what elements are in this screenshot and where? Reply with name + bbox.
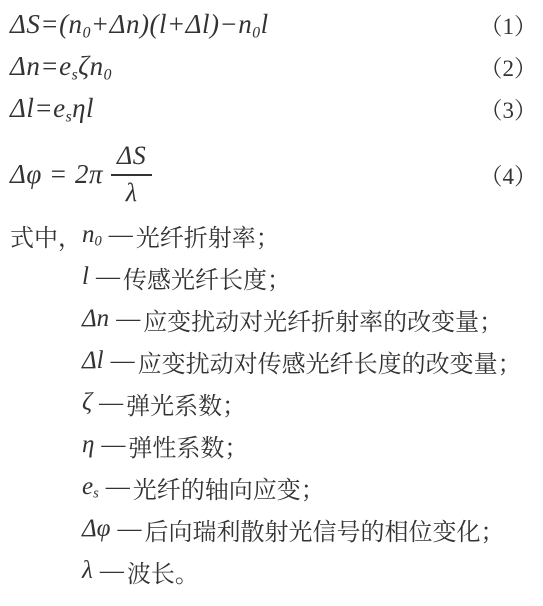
symbol-eta: η — [82, 431, 94, 459]
definition-dash: — — [99, 390, 123, 417]
definition-text: 光纤折射率； — [136, 218, 280, 253]
equation-3-seg2: ηl — [72, 93, 94, 123]
equation-row-2: Δn=esζn0 （2） — [10, 48, 537, 84]
equation-2-seg1: Δn=e — [10, 51, 72, 81]
symbol-zeta: ζ — [82, 389, 92, 417]
equation-4-formula: Δφ = 2π ΔS λ — [10, 141, 152, 208]
definition-dash: — — [100, 558, 124, 585]
symbol-text: Δφ — [82, 515, 111, 542]
definition-dash: — — [118, 516, 142, 543]
definition-dash: — — [106, 474, 130, 501]
equation-3-seg1: Δl=e — [10, 93, 66, 123]
symbol-lambda: λ — [82, 557, 93, 585]
symbol-text: l — [82, 263, 89, 290]
equation-row-4: Δφ = 2π ΔS λ （4） — [10, 138, 537, 210]
fraction-denominator: λ — [126, 176, 138, 208]
paper-page: ΔS=(n0+Δn)(l+Δl)−n0l （1） Δn=esζn0 （2） Δl… — [0, 0, 543, 606]
symbol-text: λ — [82, 557, 93, 584]
equation-3-formula: Δl=esηl — [10, 93, 94, 124]
symbol-delta-phi: Δφ — [82, 515, 111, 543]
definition-text: 波长。 — [127, 554, 199, 589]
definition-row-l: l — 传感光纤长度； — [10, 256, 537, 298]
definition-text: 弹光系数； — [126, 386, 246, 421]
definition-row-lambda: λ — 波长。 — [10, 550, 537, 592]
where-label: 式中， — [10, 218, 82, 253]
symbol-text: Δn — [82, 305, 109, 332]
equation-2-sub2: 0 — [104, 66, 112, 83]
equation-4-fraction: ΔS λ — [111, 141, 152, 208]
equation-4-lhs: Δφ = 2π — [10, 159, 103, 190]
definition-text: 应变扰动对传感光纤长度的改变量； — [138, 344, 522, 379]
symbol-delta-l: Δl — [82, 347, 104, 375]
equation-2-formula: Δn=esζn0 — [10, 51, 112, 82]
equation-1-sub1: 0 — [83, 24, 91, 41]
equation-3-number: （3） — [480, 92, 538, 125]
definition-row-es: es — 光纤的轴向应变； — [10, 466, 537, 508]
symbol-n0: n0 — [82, 221, 102, 249]
symbol-l: l — [82, 263, 89, 291]
equation-1-formula: ΔS=(n0+Δn)(l+Δl)−n0l — [10, 9, 269, 40]
definition-row-zeta: ζ — 弹光系数； — [10, 382, 537, 424]
equation-2-number: （2） — [480, 50, 538, 83]
symbol-subscript: 0 — [95, 234, 102, 250]
symbol-text: ζ — [82, 389, 92, 416]
symbol-delta-n: Δn — [82, 305, 109, 333]
symbol-text: η — [82, 431, 94, 458]
definition-text: 后向瑞利散射光信号的相位变化； — [145, 512, 505, 547]
definition-row-delta-phi: Δφ — 后向瑞利散射光信号的相位变化； — [10, 508, 537, 550]
symbol-es: es — [82, 473, 99, 501]
equation-4-number: （4） — [480, 158, 538, 191]
symbol-text: n — [82, 221, 95, 248]
equation-row-1: ΔS=(n0+Δn)(l+Δl)−n0l （1） — [10, 6, 537, 42]
definition-row-n0: 式中， n0 — 光纤折射率； — [10, 214, 537, 256]
definition-text: 弹性系数； — [128, 428, 248, 463]
equation-1-seg3: l — [261, 9, 269, 39]
equation-1-seg2: +Δn)(l+Δl)−n — [91, 9, 252, 39]
definition-dash: — — [101, 432, 125, 459]
symbol-subscript: s — [93, 486, 99, 502]
definition-text: 传感光纤长度； — [123, 260, 291, 295]
equation-1-number: （1） — [480, 8, 538, 41]
definition-dash: — — [111, 348, 135, 375]
definition-text: 光纤的轴向应变； — [133, 470, 325, 505]
equation-row-3: Δl=esηl （3） — [10, 90, 537, 126]
definition-row-eta: η — 弹性系数； — [10, 424, 537, 466]
symbol-text: e — [82, 473, 93, 500]
definition-dash: — — [116, 306, 140, 333]
definition-row-delta-l: Δl — 应变扰动对传感光纤长度的改变量； — [10, 340, 537, 382]
equation-2-seg2: ζn — [78, 51, 103, 81]
equation-1-seg1: ΔS=(n — [10, 9, 83, 39]
definition-row-delta-n: Δn — 应变扰动对光纤折射率的改变量； — [10, 298, 537, 340]
definition-dash: — — [96, 264, 120, 291]
definition-text: 应变扰动对光纤折射率的改变量； — [143, 302, 503, 337]
definition-dash: — — [109, 222, 133, 249]
equation-1-sub2: 0 — [252, 24, 260, 41]
fraction-numerator: ΔS — [111, 141, 152, 176]
symbol-text: Δl — [82, 347, 104, 374]
